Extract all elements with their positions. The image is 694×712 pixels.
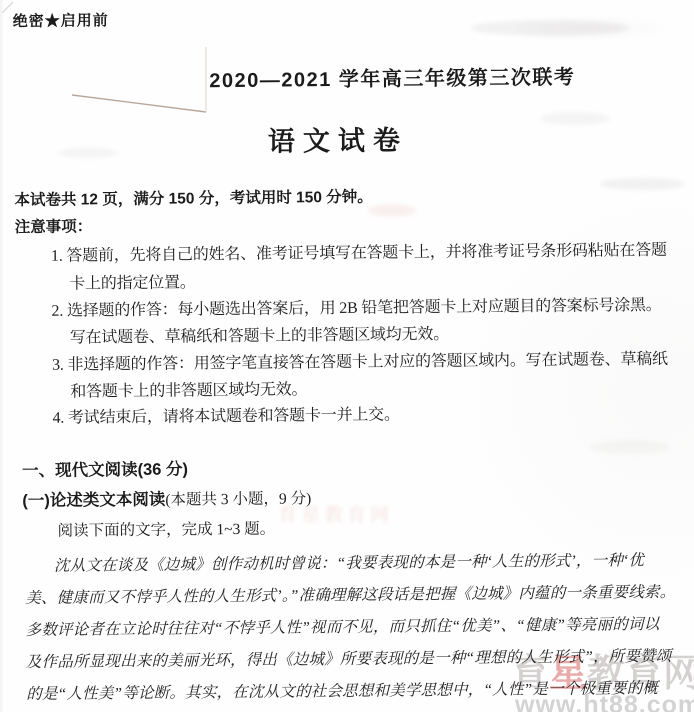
notice-line: 卡上的指定位置。 (69, 269, 196, 293)
notice-heading: 注意事项： (15, 214, 93, 237)
notice-line: 2. 选择题的作答：每小题选出答案后，用 2B 铅笔把答题卡上对应题目的答案标号… (51, 292, 661, 321)
subsection-heading: (一)论述类文本阅读(本题共 3 小题，9 分) (22, 484, 311, 511)
passage-line: 美、健康而又不悖乎人性的人生形式’。”准确理解这段话是把握《边城》内蕴的一条重要… (25, 580, 675, 608)
exam-summary: 本试卷共 12 页，满分 150 分，考试用时 150 分钟。 (14, 185, 373, 210)
subsection-title: (一)论述类文本阅读 (22, 491, 165, 510)
subsection-note: (本题共 3 小题，9 分) (165, 490, 311, 508)
notice-line: 4. 考试结束后，请将本试题卷和答题卡一并上交。 (52, 401, 399, 427)
scanned-content: 绝密★启用前 2020—2021 学年高三年级第三次联考 语文试卷 本试卷共 1… (0, 0, 694, 712)
passage-line: 多数评论者在立论时往往对“不悖乎人性”视而不见，而只抓住“优美”、“健康”等亮丽… (25, 612, 659, 640)
notice-line: 3. 非选择题的作答：用签字笔直接答在答题卡上对应的答题区域内。写在试题卷、草稿… (52, 346, 668, 375)
watermark-brand-pre: 育 (511, 653, 549, 695)
section-heading: 一、现代文阅读(36 分) (22, 455, 188, 481)
notice-line: 1. 答题前，先将自己的姓名、准考证号填写在答题卡上，并将准考证号条形码粘贴在答… (51, 237, 667, 266)
notice-line: 写在试题卷、草稿纸和答题卡上的非答题区域均无效。 (70, 321, 449, 348)
notice-line: 和答题卡上的非答题区域均无效。 (70, 376, 307, 401)
watermark-brand-post: 教育网 (587, 653, 694, 695)
passage-intro: 阅读下面的文字，完成 1~3 题。 (58, 517, 276, 541)
watermark-brand-highlight: 星 (549, 653, 587, 695)
passage-line: 沈从文在谈及《边城》创作动机时曾说：“我要表现的本是一种‘人生的形式’，一种‘优 (54, 548, 644, 576)
watermark-url: www.ht88.com (515, 691, 694, 712)
exam-session-title: 2020—2021 学年高三年级第三次联考 (209, 61, 575, 94)
paper-title: 语文试卷 (0, 116, 678, 162)
exam-paper-page: 育星教育网 绝密★启用前 2020—2021 学年高三年级第三次联考 语文试卷 … (0, 0, 694, 712)
classification-label: 绝密★启用前 (13, 9, 109, 31)
